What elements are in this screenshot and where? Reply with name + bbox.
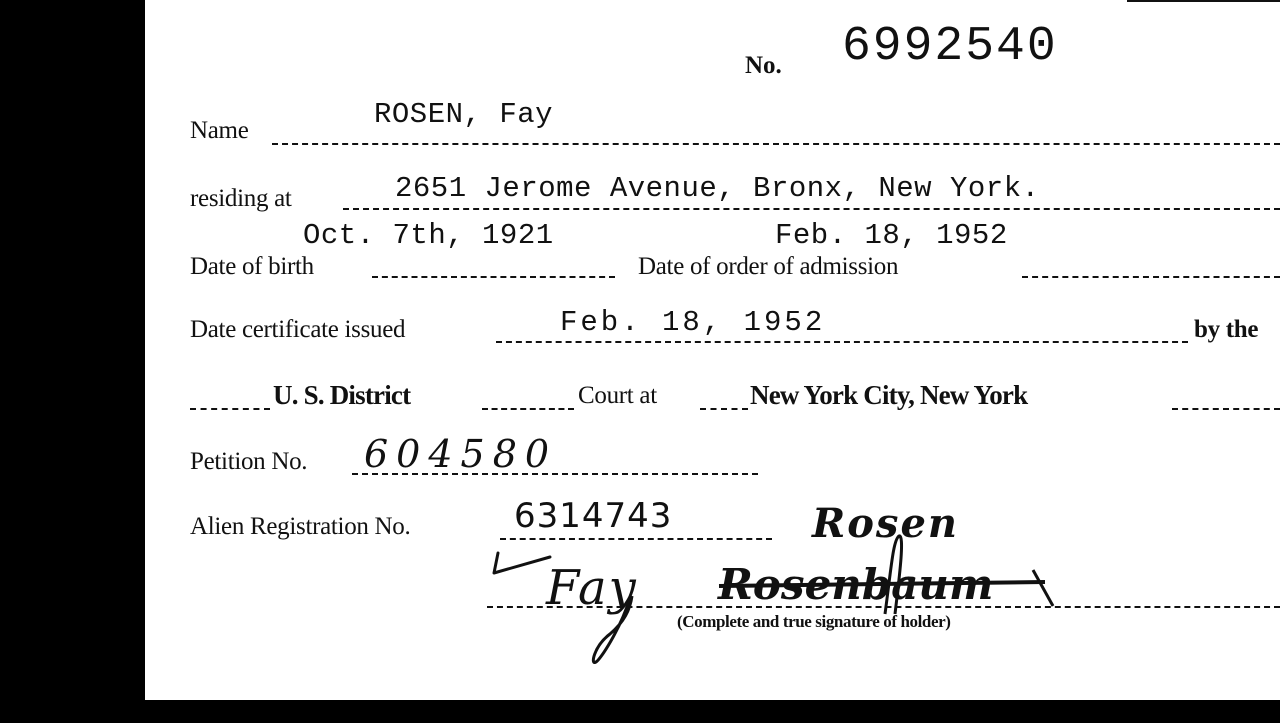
court-leading-line xyxy=(190,408,270,410)
certificate-number: 6992540 xyxy=(842,20,1058,74)
court-at-label: Court at xyxy=(578,382,657,410)
signature-caption: (Complete and true signature of holder) xyxy=(677,612,951,632)
court-name: U. S. District xyxy=(273,380,410,411)
residence-value: 2651 Jerome Avenue, Bronx, New York. xyxy=(395,172,1040,205)
certificate-number-label: No. xyxy=(745,52,782,80)
date-of-birth-line xyxy=(372,276,615,278)
scanned-document-page: No. 6992540 Name ROSEN, Fay residing at … xyxy=(0,0,1280,723)
court-location: New York City, New York xyxy=(750,380,1027,411)
signature-line xyxy=(487,606,1280,608)
date-of-birth-value: Oct. 7th, 1921 xyxy=(303,219,554,252)
court-trailing-line xyxy=(1172,408,1280,410)
residence-line xyxy=(343,208,1280,210)
court-location-line xyxy=(700,408,748,410)
court-mid-line xyxy=(482,408,574,410)
date-of-birth-label: Date of birth xyxy=(190,253,314,281)
date-of-admission-value: Feb. 18, 1952 xyxy=(775,219,1008,252)
date-of-admission-line xyxy=(1022,276,1280,278)
date-issued-value: Feb. 18, 1952 xyxy=(560,306,825,339)
date-of-admission-label: Date of order of admission xyxy=(638,253,898,281)
residence-label: residing at xyxy=(190,185,292,213)
date-issued-suffix: by the xyxy=(1194,316,1258,344)
alien-registration-value: 6314743 xyxy=(514,496,672,536)
name-line xyxy=(272,143,1280,145)
date-issued-line xyxy=(496,341,1188,343)
petition-number-label: Petition No. xyxy=(190,448,307,476)
date-issued-label: Date certificate issued xyxy=(190,316,405,344)
signature-descender-loop xyxy=(590,590,650,670)
top-border-line xyxy=(1127,0,1280,2)
petition-number-value: 604580 xyxy=(364,432,557,476)
naturalization-certificate-stub xyxy=(145,0,1280,700)
alien-registration-label: Alien Registration No. xyxy=(190,513,410,541)
name-label: Name xyxy=(190,117,249,145)
name-value: ROSEN, Fay xyxy=(374,98,553,131)
